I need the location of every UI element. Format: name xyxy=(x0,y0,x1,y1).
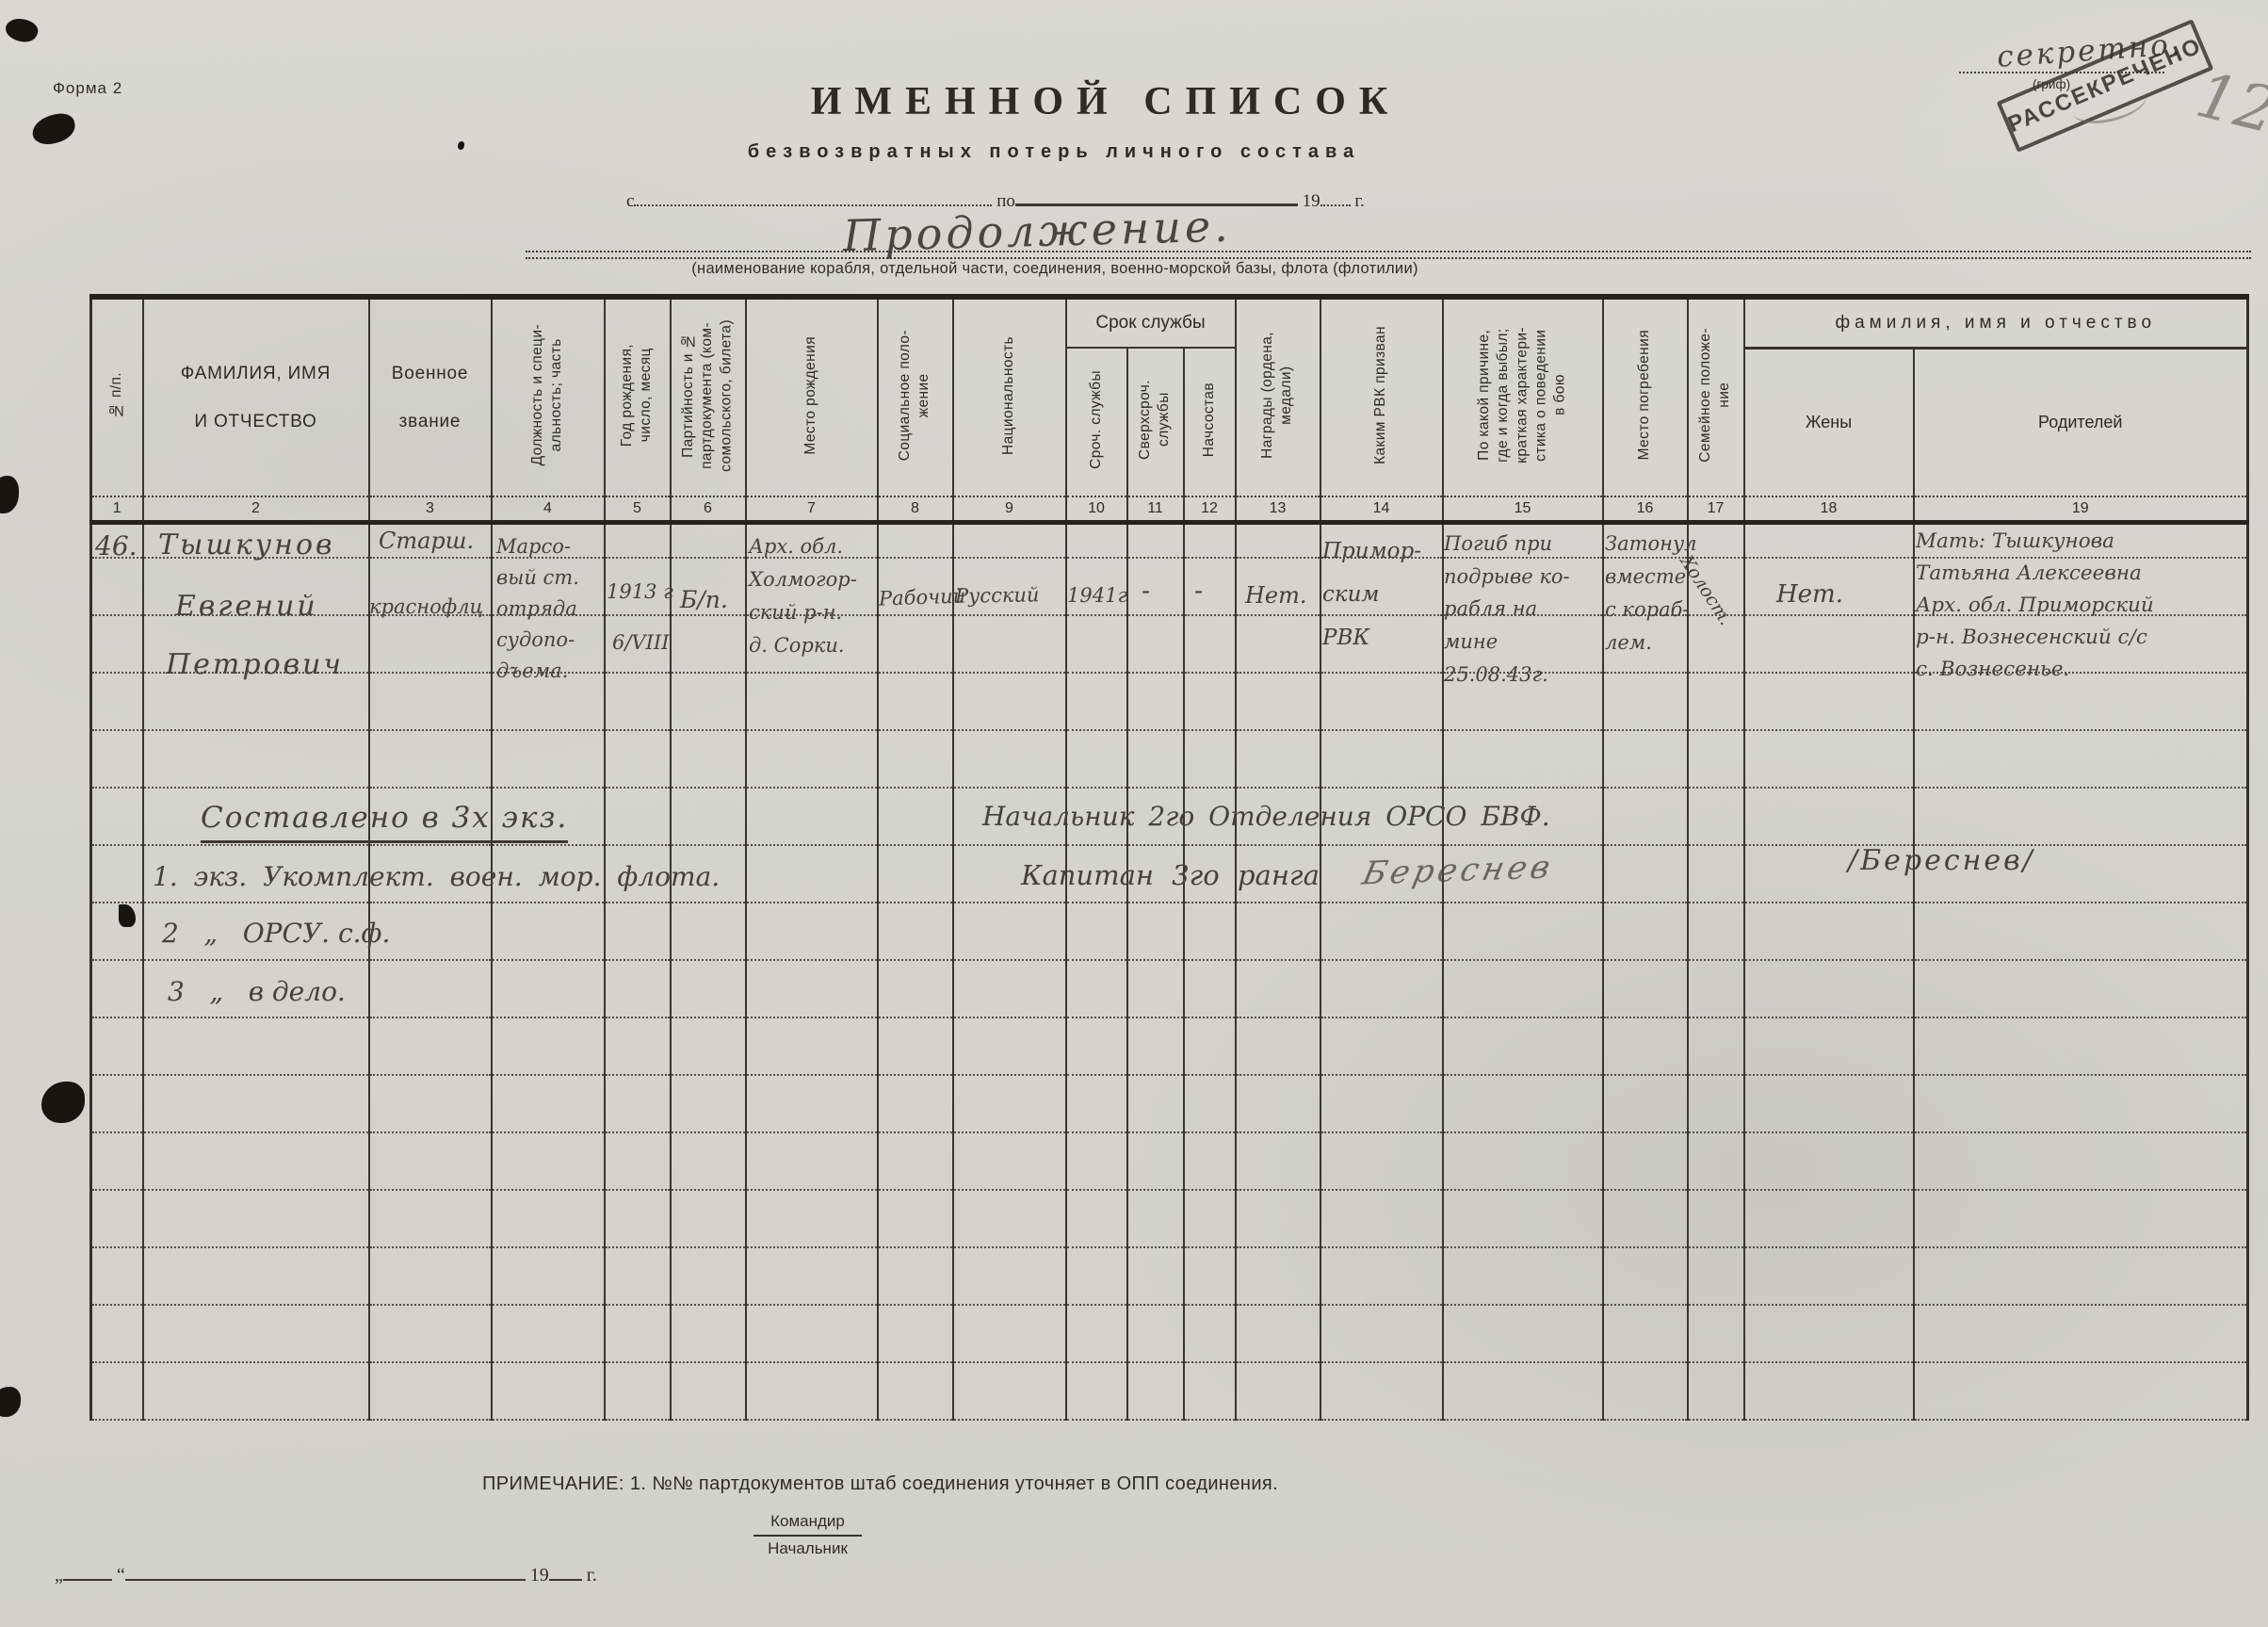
table-cell xyxy=(953,1247,1066,1305)
table-cell xyxy=(1066,1247,1127,1305)
table-cell xyxy=(1914,522,2248,558)
page-title: ИМЕННОЙ СПИСОК xyxy=(0,79,2240,124)
table-cell xyxy=(1914,960,2248,1017)
table-cell xyxy=(1688,1075,1744,1132)
column-number: 3 xyxy=(369,496,492,522)
table-cell xyxy=(492,1017,605,1075)
table-cell xyxy=(1236,673,1320,730)
table-cell xyxy=(1184,673,1236,730)
table-cell xyxy=(1443,1017,1603,1075)
table-cell xyxy=(1688,960,1744,1017)
column-header-rank: Военное звание xyxy=(369,297,492,496)
table-cell xyxy=(953,558,1066,615)
table-cell xyxy=(671,615,746,673)
table-cell xyxy=(1184,1362,1236,1420)
column-header-wife: Жены xyxy=(1744,348,1914,496)
bottom-date-line: „ “ 19 г. xyxy=(55,1564,597,1586)
table-cell xyxy=(878,845,953,903)
table-cell xyxy=(1744,558,1914,615)
column-number: 12 xyxy=(1184,496,1236,522)
table-empty-row xyxy=(91,1247,2248,1305)
table-cell xyxy=(369,673,492,730)
table-cell xyxy=(1236,960,1320,1017)
table-cell xyxy=(746,522,878,558)
column-header-birthplace: Место рождения xyxy=(746,297,878,496)
column-header-service-regular: Сроч. службы xyxy=(1066,348,1127,496)
ink-blot xyxy=(3,14,40,46)
table-cell xyxy=(878,960,953,1017)
table-cell xyxy=(746,1017,878,1075)
table-cell xyxy=(1127,730,1184,788)
table-cell xyxy=(492,903,605,960)
table-cell xyxy=(1688,1247,1744,1305)
table-cell xyxy=(91,615,143,673)
table-cell xyxy=(91,558,143,615)
column-header-party: Партийность и № партдокумента (ком- сомо… xyxy=(671,297,746,496)
table-cell xyxy=(605,1305,671,1362)
column-number: 8 xyxy=(878,496,953,522)
table-cell xyxy=(1914,903,2248,960)
table-cell xyxy=(953,1017,1066,1075)
table-cell xyxy=(605,558,671,615)
table-cell xyxy=(1744,903,1914,960)
table-cell xyxy=(143,960,369,1017)
ink-blot xyxy=(0,1387,21,1417)
table-cell xyxy=(492,615,605,673)
table-empty-row xyxy=(91,845,2248,903)
table-cell xyxy=(1184,788,1236,845)
table-cell xyxy=(1914,558,2248,615)
table-cell xyxy=(953,1362,1066,1420)
table-cell xyxy=(671,673,746,730)
table-cell xyxy=(878,903,953,960)
table-cell xyxy=(746,730,878,788)
table-cell xyxy=(369,903,492,960)
table-cell xyxy=(746,1247,878,1305)
ink-blot xyxy=(0,476,19,513)
loss-list-table: № п/п. ФАМИЛИЯ, ИМЯ И ОТЧЕСТВО Военное з… xyxy=(89,294,2249,1421)
column-number: 19 xyxy=(1914,496,2248,522)
fill-line xyxy=(125,1564,526,1581)
table-cell xyxy=(953,615,1066,673)
table-cell xyxy=(1914,1305,2248,1362)
table-cell xyxy=(143,615,369,673)
quote-open: „ xyxy=(55,1565,63,1586)
table-cell xyxy=(492,788,605,845)
table-cell xyxy=(1320,788,1443,845)
table-cell xyxy=(1236,1305,1320,1362)
table-cell xyxy=(143,788,369,845)
table-cell xyxy=(671,558,746,615)
table-cell xyxy=(1320,730,1443,788)
table-cell xyxy=(1320,845,1443,903)
table-cell xyxy=(671,788,746,845)
table-cell xyxy=(1184,1247,1236,1305)
table-cell xyxy=(143,522,369,558)
column-header-awards: Награды (ордена, медали) xyxy=(1236,297,1320,496)
table-cell xyxy=(1443,522,1603,558)
table-cell xyxy=(492,1190,605,1247)
table-cell xyxy=(1744,1075,1914,1132)
table-cell xyxy=(1603,1362,1688,1420)
table-cell xyxy=(1688,788,1744,845)
table-cell xyxy=(1603,558,1688,615)
table-cell xyxy=(1066,673,1127,730)
page-subtitle: безвозвратных потерь личного состава xyxy=(0,141,2188,163)
table-cell xyxy=(1184,1075,1236,1132)
table-cell xyxy=(1066,730,1127,788)
table-cell xyxy=(1236,1132,1320,1190)
table-cell xyxy=(878,1075,953,1132)
table-empty-row xyxy=(91,1132,2248,1190)
table-cell xyxy=(1688,1362,1744,1420)
table-cell xyxy=(143,673,369,730)
table-cell xyxy=(369,522,492,558)
table-cell xyxy=(1320,1362,1443,1420)
table-cell xyxy=(91,1190,143,1247)
table-cell xyxy=(878,1017,953,1075)
table-cell xyxy=(1066,1075,1127,1132)
table-cell xyxy=(1914,615,2248,673)
table-cell xyxy=(492,1075,605,1132)
table-cell xyxy=(1688,1305,1744,1362)
table-cell xyxy=(369,1362,492,1420)
chief-label: Начальник xyxy=(753,1537,862,1558)
table-cell xyxy=(746,1132,878,1190)
table-cell xyxy=(1688,1017,1744,1075)
table-cell xyxy=(605,673,671,730)
table-cell xyxy=(1688,730,1744,788)
table-cell xyxy=(1184,522,1236,558)
quote-close: “ xyxy=(117,1565,125,1586)
table-cell xyxy=(878,522,953,558)
column-header-position: Должность и специ- альность; часть xyxy=(492,297,605,496)
column-number: 4 xyxy=(492,496,605,522)
table-cell xyxy=(1066,1305,1127,1362)
table-cell xyxy=(1320,1017,1443,1075)
table-cell xyxy=(369,1190,492,1247)
table-cell xyxy=(1603,522,1688,558)
table-cell xyxy=(1443,558,1603,615)
table-cell xyxy=(746,960,878,1017)
table-cell xyxy=(1184,1190,1236,1247)
table-cell xyxy=(1066,615,1127,673)
table-cell xyxy=(143,1305,369,1362)
table-cell xyxy=(1320,1190,1443,1247)
column-number-row: 1 2 3 4 5 6 7 8 9 10 11 12 13 14 15 16 1… xyxy=(91,496,2248,522)
table-cell xyxy=(91,1132,143,1190)
table-cell xyxy=(1744,845,1914,903)
table-cell xyxy=(1443,615,1603,673)
table-cell xyxy=(492,845,605,903)
table-cell xyxy=(1127,1190,1184,1247)
table-cell xyxy=(1320,522,1443,558)
table-cell xyxy=(1066,1132,1127,1190)
table-cell xyxy=(671,960,746,1017)
table-cell xyxy=(1066,558,1127,615)
table-cell xyxy=(369,960,492,1017)
table-cell xyxy=(1443,1132,1603,1190)
table-cell xyxy=(746,1362,878,1420)
table-cell xyxy=(143,1247,369,1305)
table-cell xyxy=(1688,558,1744,615)
table-cell xyxy=(746,558,878,615)
table-cell xyxy=(369,1247,492,1305)
table-cell xyxy=(1320,1075,1443,1132)
table-cell xyxy=(746,1305,878,1362)
column-number: 2 xyxy=(143,496,369,522)
table-cell xyxy=(1603,960,1688,1017)
column-number: 17 xyxy=(1688,496,1744,522)
table-cell xyxy=(369,1305,492,1362)
table-cell xyxy=(1127,1075,1184,1132)
table-cell xyxy=(1066,960,1127,1017)
table-cell xyxy=(1688,522,1744,558)
table-cell xyxy=(1236,1190,1320,1247)
fill-line xyxy=(634,189,992,206)
table-cell xyxy=(492,730,605,788)
table-cell xyxy=(605,788,671,845)
table-cell xyxy=(671,903,746,960)
table-cell xyxy=(91,1075,143,1132)
table-cell xyxy=(605,615,671,673)
table-cell xyxy=(1320,673,1443,730)
table-cell xyxy=(1603,1305,1688,1362)
table-cell xyxy=(1914,1075,2248,1132)
table-empty-row xyxy=(91,903,2248,960)
table-cell xyxy=(953,522,1066,558)
table-cell xyxy=(1066,845,1127,903)
table-cell xyxy=(492,960,605,1017)
table-cell xyxy=(953,730,1066,788)
table-cell xyxy=(492,558,605,615)
table-cell xyxy=(143,845,369,903)
year-prefix: 19 xyxy=(1303,191,1320,211)
table-cell xyxy=(878,558,953,615)
table-cell xyxy=(746,615,878,673)
table-cell xyxy=(746,903,878,960)
table-cell xyxy=(91,788,143,845)
table-cell xyxy=(1184,845,1236,903)
table-cell xyxy=(1744,1247,1914,1305)
table-empty-row xyxy=(91,1305,2248,1362)
table-cell xyxy=(878,730,953,788)
table-cell xyxy=(605,845,671,903)
table-cell xyxy=(91,1362,143,1420)
table-cell xyxy=(1127,960,1184,1017)
service-term-group-header: Срок службы xyxy=(1066,297,1236,348)
table-cell xyxy=(953,1305,1066,1362)
table-cell xyxy=(953,903,1066,960)
table-cell xyxy=(1320,1305,1443,1362)
table-cell xyxy=(1184,730,1236,788)
table-cell xyxy=(1914,730,2248,788)
table-cell xyxy=(1236,730,1320,788)
table-empty-row xyxy=(91,615,2248,673)
table-cell xyxy=(492,522,605,558)
table-cell xyxy=(1236,558,1320,615)
table-cell xyxy=(671,1247,746,1305)
table-empty-row xyxy=(91,1017,2248,1075)
table-cell xyxy=(369,558,492,615)
table-cell xyxy=(746,845,878,903)
table-cell xyxy=(1603,788,1688,845)
unit-caption-rule xyxy=(526,251,2251,259)
table-cell xyxy=(1914,1247,2248,1305)
table-cell xyxy=(1603,615,1688,673)
table-cell xyxy=(91,1305,143,1362)
table-cell xyxy=(1066,903,1127,960)
table-cell xyxy=(605,1247,671,1305)
table-cell xyxy=(1066,522,1127,558)
column-header-burial: Место погребения xyxy=(1603,297,1688,496)
column-header-nationality: Национальность xyxy=(953,297,1066,496)
table-cell xyxy=(1603,730,1688,788)
ink-blot xyxy=(41,1082,85,1123)
table-cell xyxy=(91,845,143,903)
table-cell xyxy=(1320,558,1443,615)
table-cell xyxy=(1603,1075,1688,1132)
table-cell xyxy=(492,1132,605,1190)
table-cell xyxy=(878,673,953,730)
table-empty-row xyxy=(91,1075,2248,1132)
table-cell xyxy=(1603,1247,1688,1305)
column-number: 6 xyxy=(671,496,746,522)
table-cell xyxy=(953,1132,1066,1190)
column-number: 15 xyxy=(1443,496,1603,522)
commander-label: Командир xyxy=(753,1512,862,1537)
table-cell xyxy=(91,1247,143,1305)
table-cell xyxy=(1184,903,1236,960)
table-cell xyxy=(143,1075,369,1132)
table-cell xyxy=(1127,558,1184,615)
table-cell xyxy=(1236,1075,1320,1132)
table-cell xyxy=(878,615,953,673)
table-cell xyxy=(369,1017,492,1075)
column-header-social: Социальное поло- жение xyxy=(878,297,953,496)
table-cell xyxy=(671,1190,746,1247)
table-cell xyxy=(143,1190,369,1247)
column-number: 14 xyxy=(1320,496,1443,522)
table-cell xyxy=(1914,845,2248,903)
table-cell xyxy=(605,903,671,960)
table-cell xyxy=(1127,522,1184,558)
column-number: 7 xyxy=(746,496,878,522)
table-cell xyxy=(1443,845,1603,903)
table-cell xyxy=(671,522,746,558)
table-cell xyxy=(605,1362,671,1420)
from-label: с xyxy=(626,191,634,211)
table-cell xyxy=(605,1132,671,1190)
table-cell xyxy=(878,1362,953,1420)
table-cell xyxy=(953,1075,1066,1132)
table-cell xyxy=(1127,788,1184,845)
column-number: 10 xyxy=(1066,496,1127,522)
table-cell xyxy=(953,960,1066,1017)
table-cell xyxy=(1320,960,1443,1017)
table-cell xyxy=(91,522,143,558)
table-cell xyxy=(1127,845,1184,903)
table-cell xyxy=(492,673,605,730)
table-cell xyxy=(1320,1247,1443,1305)
table-cell xyxy=(369,615,492,673)
table-cell xyxy=(878,1305,953,1362)
year-prefix: 19 xyxy=(530,1565,549,1586)
table-cell xyxy=(671,730,746,788)
table-empty-row xyxy=(91,960,2248,1017)
table-cell xyxy=(1443,1075,1603,1132)
table-cell xyxy=(143,1017,369,1075)
table-empty-row xyxy=(91,730,2248,788)
table-cell xyxy=(1914,1362,2248,1420)
table-cell xyxy=(1603,1190,1688,1247)
table-cell xyxy=(878,1247,953,1305)
table-empty-row xyxy=(91,1190,2248,1247)
table-cell xyxy=(1443,673,1603,730)
column-header-nachsostav: Начсостав xyxy=(1184,348,1236,496)
table-cell xyxy=(1744,522,1914,558)
table-cell xyxy=(605,960,671,1017)
column-header-fio: ФАМИЛИЯ, ИМЯ И ОТЧЕСТВО xyxy=(143,297,369,496)
table-cell xyxy=(1443,960,1603,1017)
table-cell xyxy=(1320,615,1443,673)
table-cell xyxy=(1744,1362,1914,1420)
table-cell xyxy=(1914,1190,2248,1247)
table-cell xyxy=(91,730,143,788)
table-cell xyxy=(746,1190,878,1247)
table-cell xyxy=(1127,1247,1184,1305)
table-cell xyxy=(1127,1132,1184,1190)
table-cell xyxy=(143,903,369,960)
year-suffix: г. xyxy=(587,1565,597,1586)
table-cell xyxy=(1127,615,1184,673)
table-cell xyxy=(1688,1190,1744,1247)
table-cell xyxy=(369,845,492,903)
table-cell xyxy=(492,1305,605,1362)
table-cell xyxy=(1236,788,1320,845)
table-cell xyxy=(1184,960,1236,1017)
table-cell xyxy=(1688,673,1744,730)
table-cell xyxy=(671,1305,746,1362)
table-empty-row xyxy=(91,788,2248,845)
table-cell xyxy=(1236,1247,1320,1305)
column-number: 11 xyxy=(1127,496,1184,522)
table-cell xyxy=(746,1075,878,1132)
table-cell xyxy=(1914,1132,2248,1190)
table-cell xyxy=(1603,903,1688,960)
fill-line xyxy=(1320,189,1351,206)
column-number: 13 xyxy=(1236,496,1320,522)
table-cell xyxy=(143,730,369,788)
relatives-fio-group-header: фамилия, имя и отчество xyxy=(1744,297,2248,348)
table-cell xyxy=(1603,1132,1688,1190)
table-cell xyxy=(878,1190,953,1247)
table-cell xyxy=(1744,1190,1914,1247)
table-cell xyxy=(671,1132,746,1190)
table-cell xyxy=(1184,1132,1236,1190)
table-cell xyxy=(91,960,143,1017)
column-number: 9 xyxy=(953,496,1066,522)
table-cell xyxy=(1127,1017,1184,1075)
table-cell xyxy=(369,1075,492,1132)
column-header-rvk: Каким РВК призван xyxy=(1320,297,1443,496)
table-cell xyxy=(369,788,492,845)
table-cell xyxy=(1744,673,1914,730)
table-cell xyxy=(1066,1362,1127,1420)
table-cell xyxy=(369,730,492,788)
table-cell xyxy=(953,1190,1066,1247)
table-cell xyxy=(1688,903,1744,960)
